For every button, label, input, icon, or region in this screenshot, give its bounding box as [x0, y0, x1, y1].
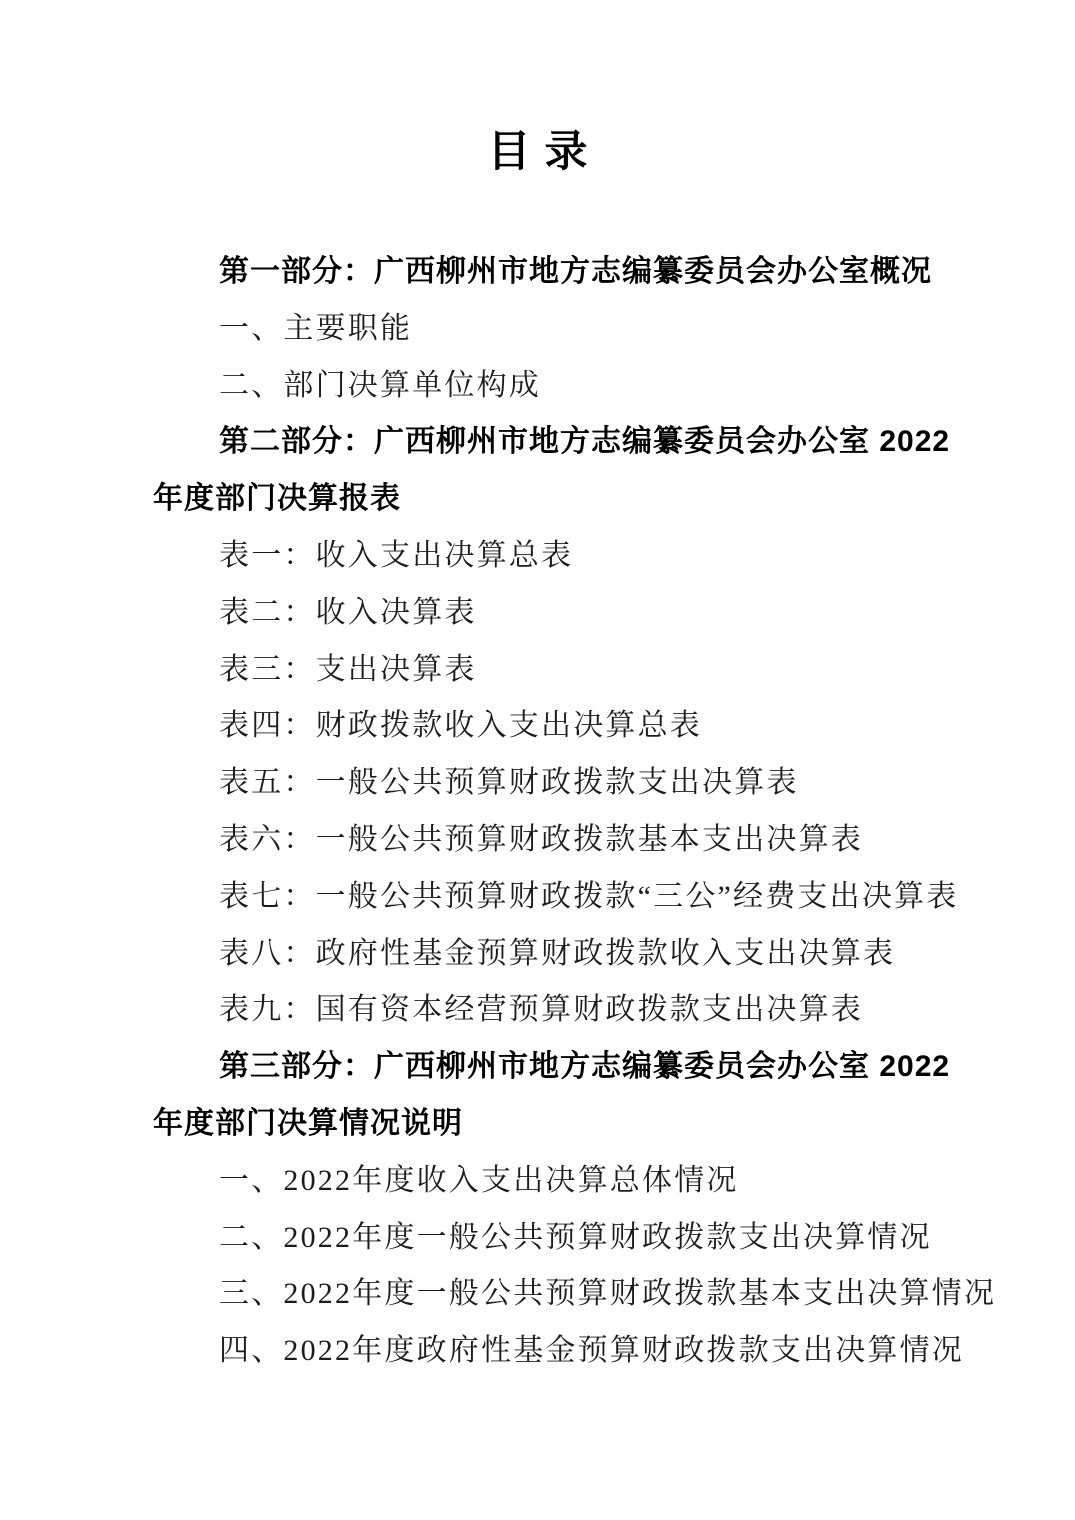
toc-line: 表五：一般公共预算财政拨款支出决算表 [153, 755, 925, 812]
page-title: 目录 [0, 122, 1075, 182]
toc-line: 一、主要职能 [153, 301, 925, 358]
toc-list: 第一部分：广西柳州市地方志编纂委员会办公室概况一、主要职能二、部门决算单位构成第… [153, 244, 925, 1380]
toc-line: 年度部门决算情况说明 [153, 1096, 925, 1153]
toc-line: 表三：支出决算表 [153, 642, 925, 699]
toc-line: 第一部分：广西柳州市地方志编纂委员会办公室概况 [153, 244, 925, 301]
toc-line: 第三部分：广西柳州市地方志编纂委员会办公室 2022 [153, 1039, 925, 1096]
toc-line: 表二：收入决算表 [153, 585, 925, 642]
toc-line: 年度部门决算报表 [153, 471, 925, 528]
toc-line: 四、2022年度政府性基金预算财政拨款支出决算情况 [153, 1323, 925, 1380]
toc-line: 表四：财政拨款收入支出决算总表 [153, 698, 925, 755]
toc-line: 二、部门决算单位构成 [153, 358, 925, 415]
toc-line: 三、2022年度一般公共预算财政拨款基本支出决算情况 [153, 1266, 925, 1323]
toc-line: 一、2022年度收入支出决算总体情况 [153, 1153, 925, 1210]
toc-line: 第二部分：广西柳州市地方志编纂委员会办公室 2022 [153, 414, 925, 471]
toc-line: 表九：国有资本经营预算财政拨款支出决算表 [153, 982, 925, 1039]
toc-line: 表七：一般公共预算财政拨款“三公”经费支出决算表 [153, 869, 925, 926]
toc-line: 表八：政府性基金预算财政拨款收入支出决算表 [153, 926, 925, 983]
document-page: 目录 第一部分：广西柳州市地方志编纂委员会办公室概况一、主要职能二、部门决算单位… [0, 0, 1075, 1520]
toc-line: 表六：一般公共预算财政拨款基本支出决算表 [153, 812, 925, 869]
toc-line: 二、2022年度一般公共预算财政拨款支出决算情况 [153, 1210, 925, 1267]
toc-line: 表一：收入支出决算总表 [153, 528, 925, 585]
